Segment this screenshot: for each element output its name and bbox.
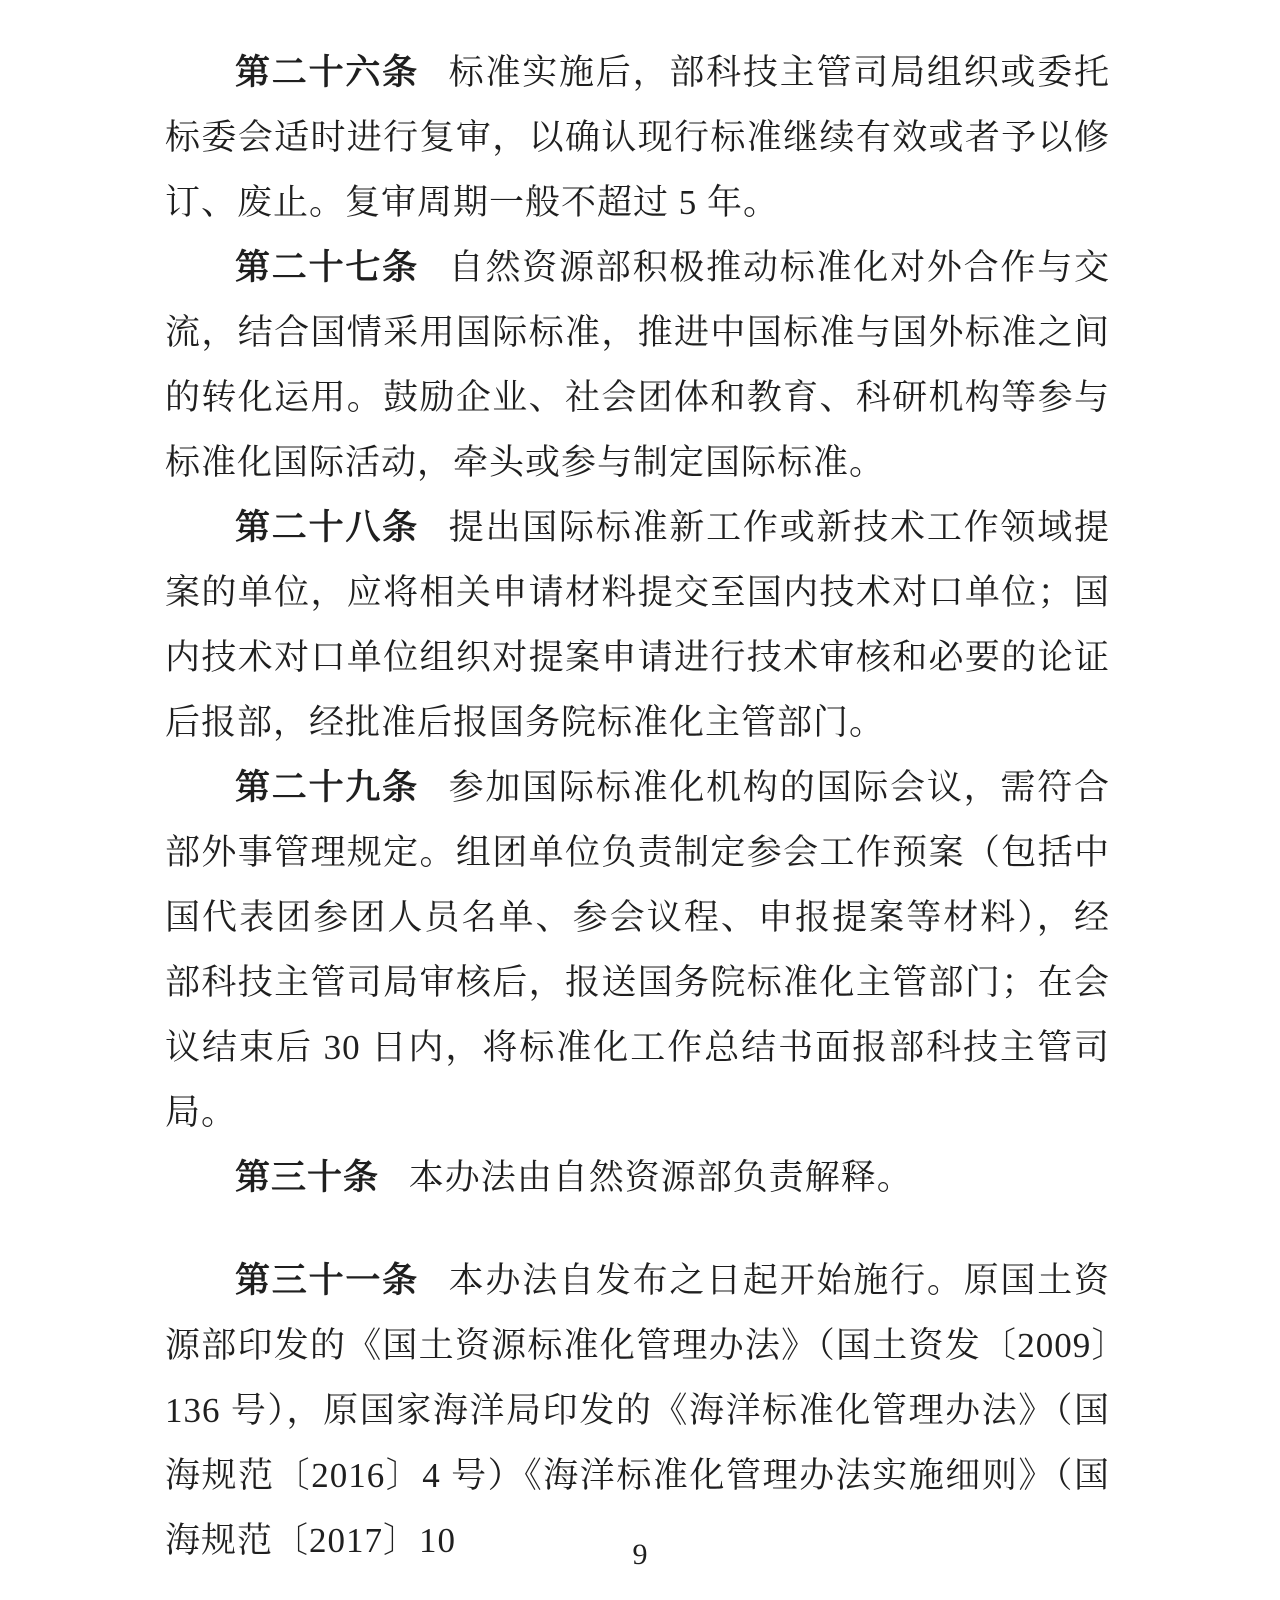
- article-26-paragraph: 第二十六条标准实施后，部科技主管司局组织或委托标委会适时进行复审，以确认现行标准…: [165, 40, 1110, 235]
- article-29-paragraph: 第二十九条参加国际标准化机构的国际会议，需符合部外事管理规定。组团单位负责制定参…: [165, 755, 1110, 1145]
- article-31-paragraph: 第三十一条本办法自发布之日起开始施行。原国土资源部印发的《国土资源标准化管理办法…: [165, 1248, 1110, 1573]
- page-number: 9: [633, 1538, 648, 1571]
- article-28-number: 第二十八条: [235, 508, 419, 547]
- page-footer: 9: [0, 1540, 1280, 1570]
- article-30-text: 本办法由自然资源部负责解释。: [409, 1158, 913, 1197]
- article-30-number: 第三十条: [235, 1158, 379, 1197]
- article-29-text: 参加国际标准化机构的国际会议，需符合部外事管理规定。组团单位负责制定参会工作预案…: [165, 768, 1110, 1132]
- article-31-number: 第三十一条: [235, 1261, 419, 1300]
- article-27-paragraph: 第二十七条自然资源部积极推动标准化对外合作与交流，结合国情采用国际标准，推进中国…: [165, 235, 1110, 495]
- article-27-number: 第二十七条: [235, 248, 419, 287]
- article-26-number: 第二十六条: [235, 53, 419, 92]
- article-29-number: 第二十九条: [235, 768, 419, 807]
- article-30-paragraph: 第三十条本办法由自然资源部负责解释。: [165, 1145, 1110, 1210]
- document-page: 第二十六条标准实施后，部科技主管司局组织或委托标委会适时进行复审，以确认现行标准…: [0, 0, 1280, 1600]
- article-28-paragraph: 第二十八条提出国际标准新工作或新技术工作领域提案的单位，应将相关申请材料提交至国…: [165, 495, 1110, 755]
- document-body: 第二十六条标准实施后，部科技主管司局组织或委托标委会适时进行复审，以确认现行标准…: [165, 40, 1110, 1573]
- article-31-text: 本办法自发布之日起开始施行。原国土资源部印发的《国土资源标准化管理办法》（国土资…: [165, 1261, 1110, 1560]
